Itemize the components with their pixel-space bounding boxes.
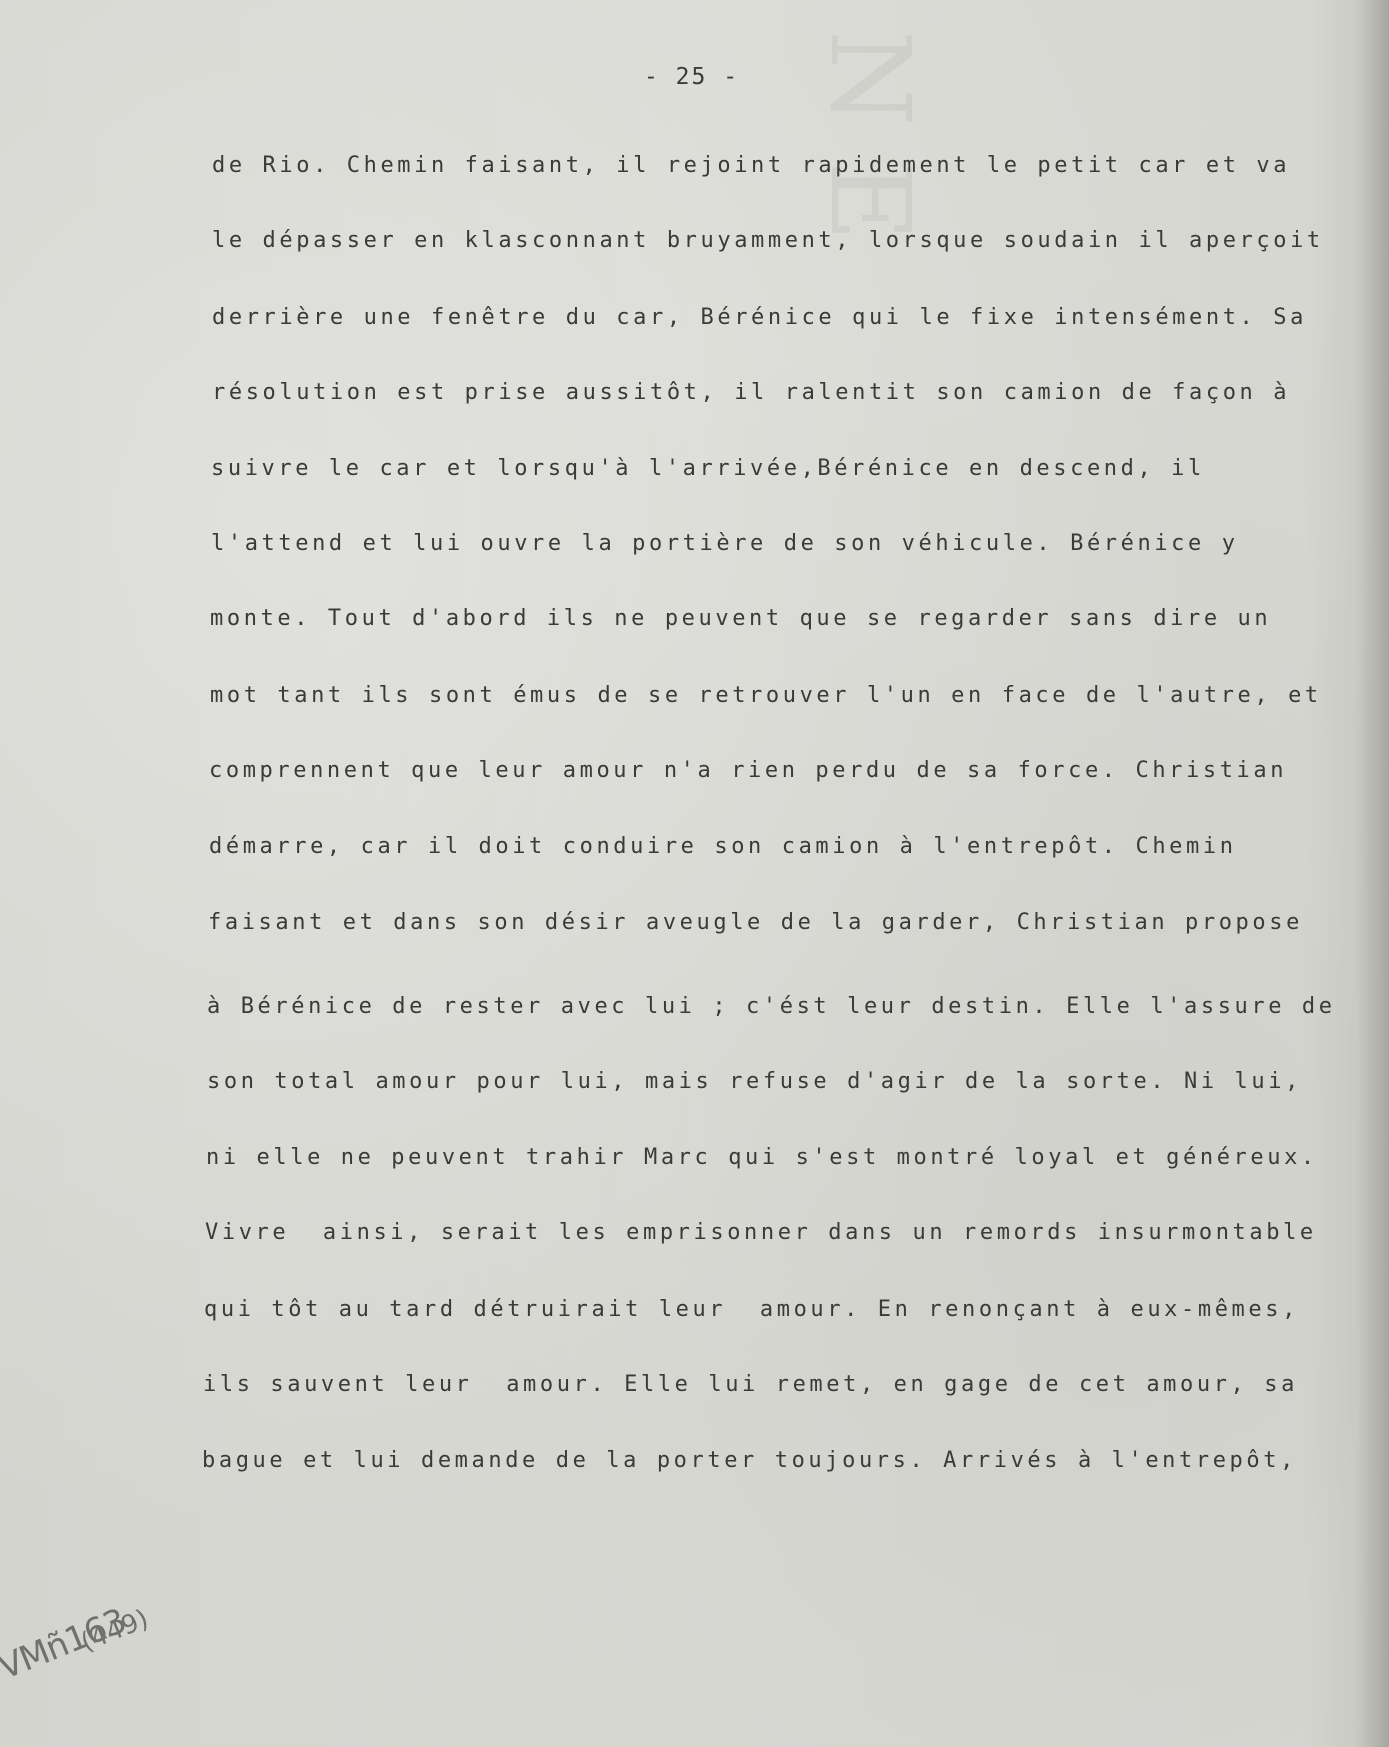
document-page: N E - 25 - de Rio. Chemin faisant, il re… — [0, 0, 1389, 1747]
text-line: mot tant ils sont émus de se retrouver l… — [210, 683, 1322, 709]
text-line: Vivre ainsi, serait les emprisonner dans… — [205, 1220, 1317, 1246]
text-line: monte. Tout d'abord ils ne peuvent que s… — [210, 606, 1271, 632]
page-edge-shadow — [1355, 0, 1389, 1747]
text-line: démarre, car il doit conduire son camion… — [209, 834, 1237, 860]
text-line: à Bérénice de rester avec lui ; c'ést le… — [207, 994, 1336, 1020]
text-line: comprennent que leur amour n'a rien perd… — [209, 758, 1287, 784]
text-line: derrière une fenêtre du car, Bérénice qu… — [212, 305, 1307, 331]
text-line: son total amour pour lui, mais refuse d'… — [207, 1069, 1302, 1095]
text-line: bague et lui demande de la porter toujou… — [202, 1448, 1297, 1474]
annotation-line-1: VMñ163 — [0, 1601, 131, 1688]
text-line: résolution est prise aussitôt, il ralent… — [212, 380, 1290, 406]
text-line: l'attend et lui ouvre la portière de son… — [211, 531, 1239, 557]
text-line: le dépasser en klasconnant bruyamment, l… — [212, 228, 1324, 254]
text-line: faisant et dans son désir aveugle de la … — [208, 910, 1303, 936]
text-line: ils sauvent leur amour. Elle lui remet, … — [203, 1372, 1298, 1398]
text-line: ni elle ne peuvent trahir Marc qui s'est… — [206, 1145, 1318, 1171]
text-line: de Rio. Chemin faisant, il rejoint rapid… — [212, 153, 1290, 179]
handwritten-annotation: (449) VMñ163 — [8, 1608, 188, 1718]
text-line: suivre le car et lorsqu'à l'arrivée,Béré… — [211, 456, 1205, 482]
page-number: - 25 - — [0, 64, 1386, 90]
text-line: qui tôt au tard détruirait leur amour. E… — [204, 1297, 1299, 1323]
